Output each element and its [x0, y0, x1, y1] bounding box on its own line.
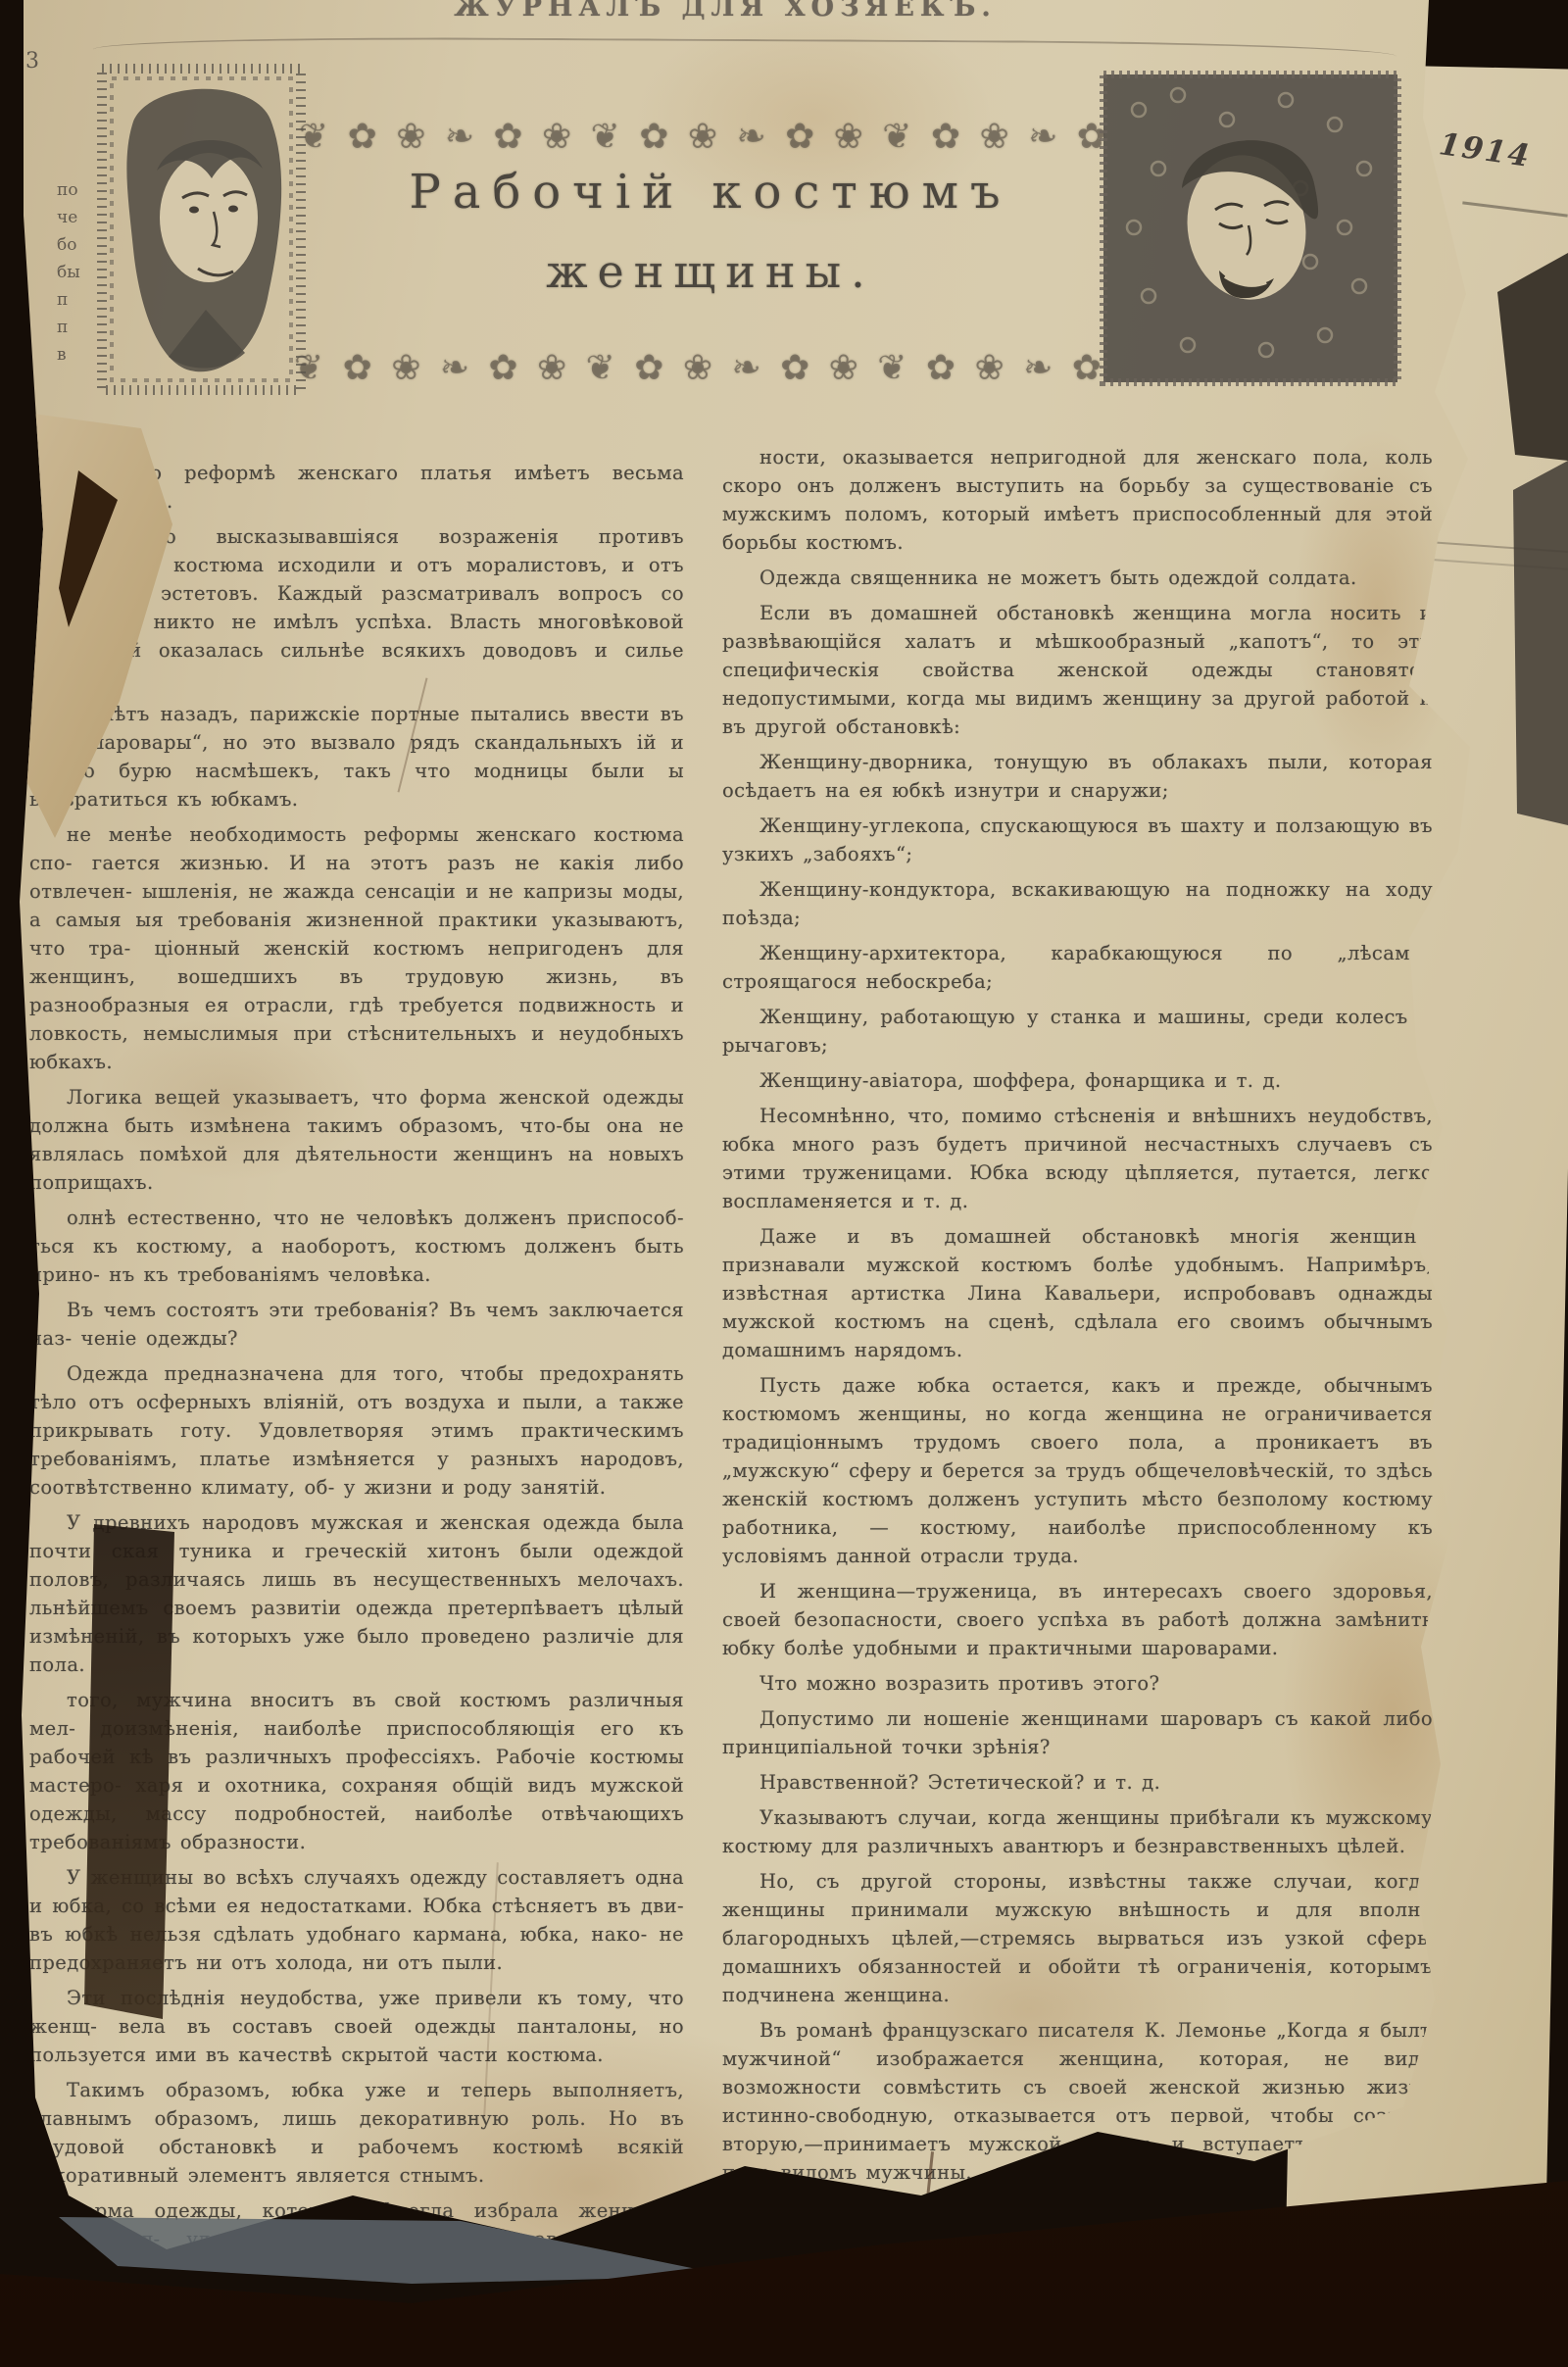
garland-ornament-band-top: ❦ ✿ ❀ ❧ ✿ ❀ ❦ ✿ ❀ ❧ ✿ ❀ ❦ ✿ ❀ ❧ ✿ ❀ ❦ ✿ …: [299, 114, 1112, 161]
text-fragment: п: [57, 318, 96, 345]
page-number-fragment: 3: [25, 49, 39, 74]
article-title: Рабочій костюмъ женщины.: [323, 165, 1098, 298]
paper-crack: [1127, 2183, 1205, 2191]
paragraph: не менѣе необходимость реформы женскаго …: [29, 820, 684, 1076]
paragraph: Женщину-авіатора, шоффера, фонарщика и т…: [722, 1066, 1433, 1095]
paragraph: ности, оказывается непригодной для женск…: [722, 443, 1433, 557]
text-fragment: в: [57, 345, 96, 372]
garland-ornament-band-bottom: ❦ ✿ ❀ ❧ ✿ ❀ ❦ ✿ ❀ ❧ ✿ ❀ ❦ ✿ ❀ ❧ ✿ ❀ ❦ ✿ …: [294, 345, 1107, 392]
paragraph: Даже и въ домашней обстановкѣ многія жен…: [722, 1222, 1433, 1364]
masthead-title: ЖУРНАЛЪ ДЛЯ ХОЗЯЕКЪ.: [0, 0, 1450, 23]
text-fragment: по: [57, 180, 96, 208]
paragraph: Одежда предназначена для того, чтобы пре…: [29, 1359, 684, 1502]
paragraph: ко лѣтъ назадъ, парижскіе портные пытали…: [29, 700, 684, 814]
left-woman-portrait-illustration: [96, 63, 307, 396]
article-page: ЖУРНАЛЪ ДЛЯ ХОЗЯЕКЪ. 3 ❦ ✿ ❀ ❧ ✿ ❀ ❦ ✿ ❀…: [0, 0, 1568, 2367]
article-title-line1: Рабочій костюмъ: [323, 165, 1098, 220]
paragraph: Если въ домашней обстановкѣ женщина могл…: [722, 599, 1433, 741]
paragraph: Нравственной? Эстетической? и т. д.: [722, 1768, 1433, 1797]
paragraph: Что можно возразить противъ этого?: [722, 1669, 1433, 1698]
paragraph: Допустимо ли ношеніе женщинами шароваръ …: [722, 1704, 1433, 1761]
article-column-left: просъ о реформѣ женскаго платья имѣетъ в…: [29, 459, 684, 2289]
paragraph: Въ чемъ состоятъ эти требованія? Въ чемъ…: [29, 1296, 684, 1353]
text-fragment: п: [57, 290, 96, 318]
paragraph: олнѣ естественно, что не человѣкъ должен…: [29, 1204, 684, 1289]
article-title-line2: женщины.: [323, 245, 1098, 298]
paragraph: Указываютъ случаи, когда женщины прибѣга…: [722, 1803, 1433, 1860]
text-fragment: бо: [57, 235, 96, 263]
paragraph: Женщину-дворника, тонущую въ облакахъ пы…: [722, 748, 1433, 805]
paragraph: Но, съ другой стороны, извѣстны также сл…: [722, 1867, 1433, 2009]
paragraph: Женщину, работающую у станка и машины, с…: [722, 1003, 1433, 1060]
paragraph: Одежда священника не можетъ быть одеждой…: [722, 564, 1433, 592]
text-fragment: бы: [57, 263, 96, 290]
magazine-page-photo: 1914 ЖУРНАЛЪ ДЛЯ ХОЗЯЕКЪ. 3 ❦ ✿ ❀ ❧ ✿ ❀ …: [0, 0, 1568, 2367]
left-margin-text-fragments: почебобыппв: [57, 180, 96, 372]
paragraph: Женщину-углекопа, спускающуюся въ шахту …: [722, 812, 1433, 868]
paper-crack: [627, 2206, 686, 2216]
right-woman-portrait-illustration: [1100, 71, 1401, 386]
paragraph: И женщина—труженица, въ интересахъ своег…: [722, 1577, 1433, 1662]
article-column-right: ности, оказывается непригодной для женск…: [722, 443, 1433, 2367]
paragraph: Несомнѣнно, что, помимо стѣсненія и внѣш…: [722, 1102, 1433, 1215]
paragraph: Логика вещей указываетъ, что форма женск…: [29, 1083, 684, 1197]
torn-paper-hole: [84, 1524, 174, 2019]
text-fragment: че: [57, 208, 96, 235]
paragraph: Женщину-архитектора, карабкающуюся по „л…: [722, 939, 1433, 996]
paragraph: Женщину-кондуктора, вскакивающую на подн…: [722, 875, 1433, 932]
paragraph: Пусть даже юбка остается, какъ и прежде,…: [722, 1371, 1433, 1570]
paragraph: Такимъ образомъ, юбка уже и теперь выпол…: [29, 2076, 684, 2190]
